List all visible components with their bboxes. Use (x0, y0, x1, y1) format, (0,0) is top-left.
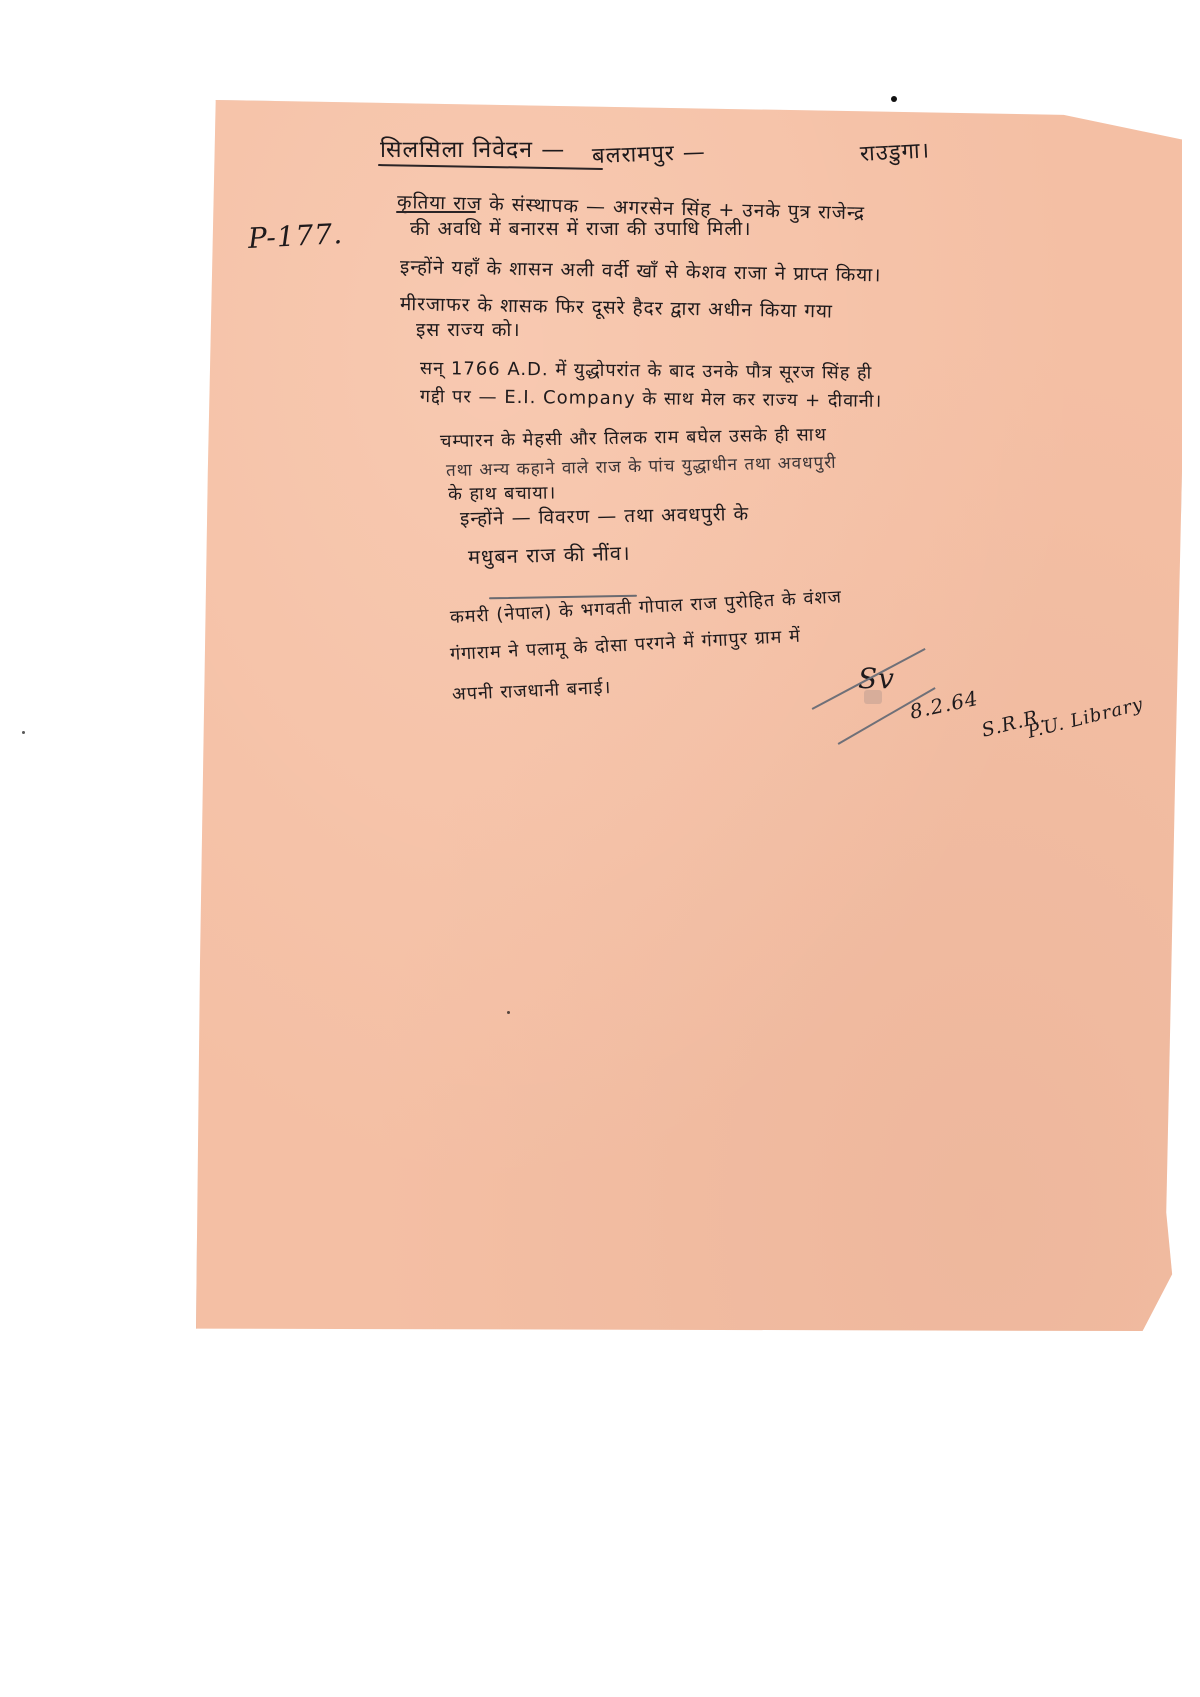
text-line: के हाथ बचाया। (448, 480, 557, 506)
text-line: इस राज्य को। (416, 316, 521, 342)
heading-right: राउडुगा। (859, 134, 930, 168)
ink-spot (891, 96, 897, 102)
heading-left: सिलसिला निवेदन — (380, 132, 565, 164)
word-underline (396, 211, 476, 213)
text-line: इन्होंने — विवरण — तथा अवधपुरी के (460, 500, 750, 531)
heading-middle: बलरामपुर — (591, 136, 706, 170)
text-line: मधुबन राज की नींव। (468, 539, 631, 570)
ink-speck (507, 1011, 510, 1014)
reference-number: P-177. (247, 217, 344, 255)
ink-speck (22, 731, 25, 734)
text-line: गद्दी पर — E.I. Company के साथ मेल कर रा… (420, 384, 883, 413)
text-line: सन् 1766 A.D. में युद्धोपरांत के बाद उनक… (420, 356, 873, 385)
paper-mark (864, 690, 882, 704)
text-line: की अवधि में बनारस में राजा की उपाधि मिली… (410, 215, 751, 241)
